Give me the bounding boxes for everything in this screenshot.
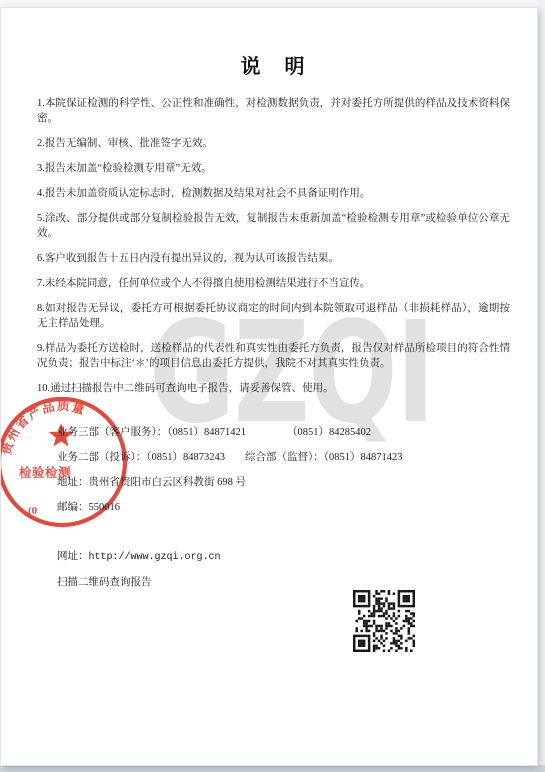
qr-hint-text: 扫描二维码查询报告 [57,575,510,590]
note-item-10: 10.通过扫描报告中二维码可查询电子报告，请妥善保管、使用。 [37,381,510,396]
note-item-9: 9.样品为委托方送检时，送检样品的代表性和真实性由委托方负责，报告仅对样品所检项… [37,341,510,371]
note-item-8: 8.如对报告无异议，委托方可根据委托协议商定的时间内到本院领取可退样品（非损耗样… [37,301,510,331]
contact-postcode: 邮编：550016 [57,500,510,515]
viewer-background [537,0,545,772]
contact-website: 网址：http://www.gzqi.org.cn [57,549,510,565]
document-page: GZQI 贵州省产品质量 检验检测 (0 说 明 1.本院保证检测的科学性、公正… [1,8,537,765]
qr-code [353,590,415,652]
note-item-6: 6.客户收到报告十五日内没有提出异议的，视为认可该报告结果。 [37,251,510,266]
website-url: http://www.gzqi.org.cn [89,552,221,563]
note-item-5: 5.涂改、部分提供或部分复制检验报告无效，复制报告未重新加盖“检验检测专用章”或… [37,211,510,241]
document-content: 说 明 1.本院保证检测的科学性、公正性和准确性，对检测数据负责，并对委托方所提… [1,8,537,590]
website-label: 网址： [57,551,89,562]
note-item-3: 3.报告未加盖“检验检测专用章”无效。 [37,161,510,176]
phone-customer-service: 业务三部（客户服务）：（0851）84871421 [57,427,246,438]
contact-block: 业务三部（客户服务）：（0851）84871421（0851）84285402 … [37,425,510,590]
contact-line-service: 业务三部（客户服务）：（0851）84871421（0851）84285402 [57,425,510,440]
contact-address: 地址：贵州省贵阳市白云区科教街 698 号 [57,475,510,490]
viewer-background-strip [0,765,545,772]
note-item-1: 1.本院保证检测的科学性、公正性和准确性，对检测数据负责，并对委托方所提供的样品… [37,96,510,126]
phone-customer-service-2: （0851）84285402 [287,427,371,438]
phone-supervision: 综合部（监督）：（0851）84871423 [245,452,403,463]
note-item-7: 7.未经本院同意，任何单位或个人不得擅自使用检测结果进行不当宣传。 [37,276,510,291]
notes-list: 1.本院保证检测的科学性、公正性和准确性，对检测数据负责，并对委托方所提供的样品… [37,96,510,396]
note-item-4: 4.报告未加盖资质认定标志时，检测数据及结果对社会不具备证明作用。 [37,186,510,201]
contact-line-complaint: 业务二部（投诉）：（0851）84873243综合部（监督）：（0851）848… [57,450,510,465]
phone-complaint: 业务二部（投诉）：（0851）84873243 [57,452,225,463]
page-title: 说 明 [37,50,510,79]
note-item-2: 2.报告无编制、审核、批准签字无效。 [37,136,510,151]
